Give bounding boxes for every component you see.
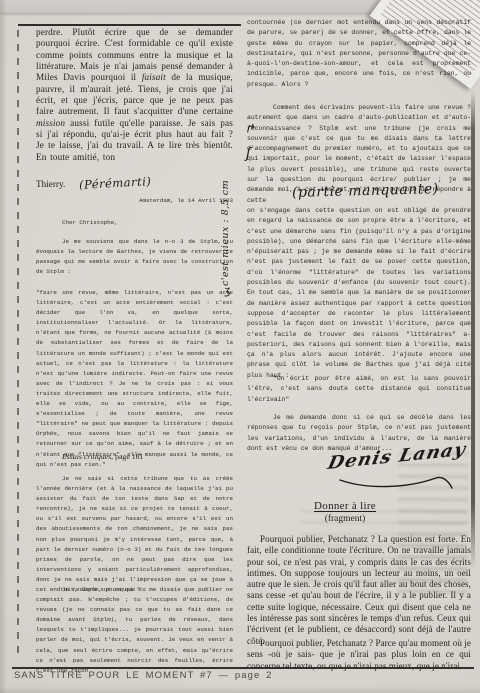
closing-name: Thierry.: [36, 179, 65, 189]
letter-paragraph-3: Je reviens sur ce que tu me disais que p…: [36, 585, 233, 676]
letter-paragraph-1: Je me souviens que dans le n-o 3 de Stpl…: [36, 237, 233, 277]
footer-rule: [12, 667, 474, 669]
section-heading-donner-a-lire: Donner à lire: [233, 500, 457, 512]
intro-letter-closing: Thierry.(Pérémarti): [36, 176, 233, 190]
quote-attribution: Essais critiques, page 161: [62, 452, 242, 461]
handwritten-peremarti: (Pérémarti): [79, 174, 152, 192]
letter-paragraph-4: contournée (ce dernier mot entendu dans …: [247, 18, 471, 90]
attribution-title: Essais critiques: [62, 452, 111, 461]
paper-left-edge: [0, 0, 7, 693]
footer-title: SANS TITRE POUR LE MOMENT #7 — page 2: [14, 670, 273, 681]
letter-paragraph-2: Je ne sais si cette tribune que tu as cr…: [36, 474, 233, 595]
handwritten-vertical-note: c'est mieux : 8,5 cm: [220, 128, 231, 286]
hand-drawn-margin-dashes: [17, 30, 19, 654]
intro-letter-paragraph: perdre. Plutôt écrire que de se demander…: [36, 27, 233, 163]
scanned-page: perdre. Plutôt écrire que de se demander…: [0, 0, 480, 693]
barthes-quote-2: "On écrit pour être aimé, on est lu sans…: [247, 374, 471, 405]
paper-bottom-edge: [0, 686, 480, 693]
barthes-quote-block: "faire une revue, même littéraire, n'est…: [36, 288, 233, 470]
letter-dateline: Amsterdam, le 14 Avril 1993: [36, 196, 233, 206]
signature-flourish: [338, 474, 456, 494]
letter-paragraph-6: on s'engage dans cette question on est o…: [247, 206, 471, 381]
scan-edge-shadow: [471, 90, 475, 570]
top-rule: [18, 24, 241, 26]
donner-paragraph-1: Pourquoi publier, Petchanatz ? La questi…: [247, 534, 471, 647]
section-subheading-fragment: (fragment): [233, 514, 457, 524]
intro-text: aussi futile qu'elle paraisse. Je sais p…: [36, 118, 233, 162]
intro-italic-mission: mission: [36, 118, 65, 128]
attribution-page: , page 161: [111, 452, 143, 461]
intro-italic-faisait: faisait: [142, 72, 166, 82]
